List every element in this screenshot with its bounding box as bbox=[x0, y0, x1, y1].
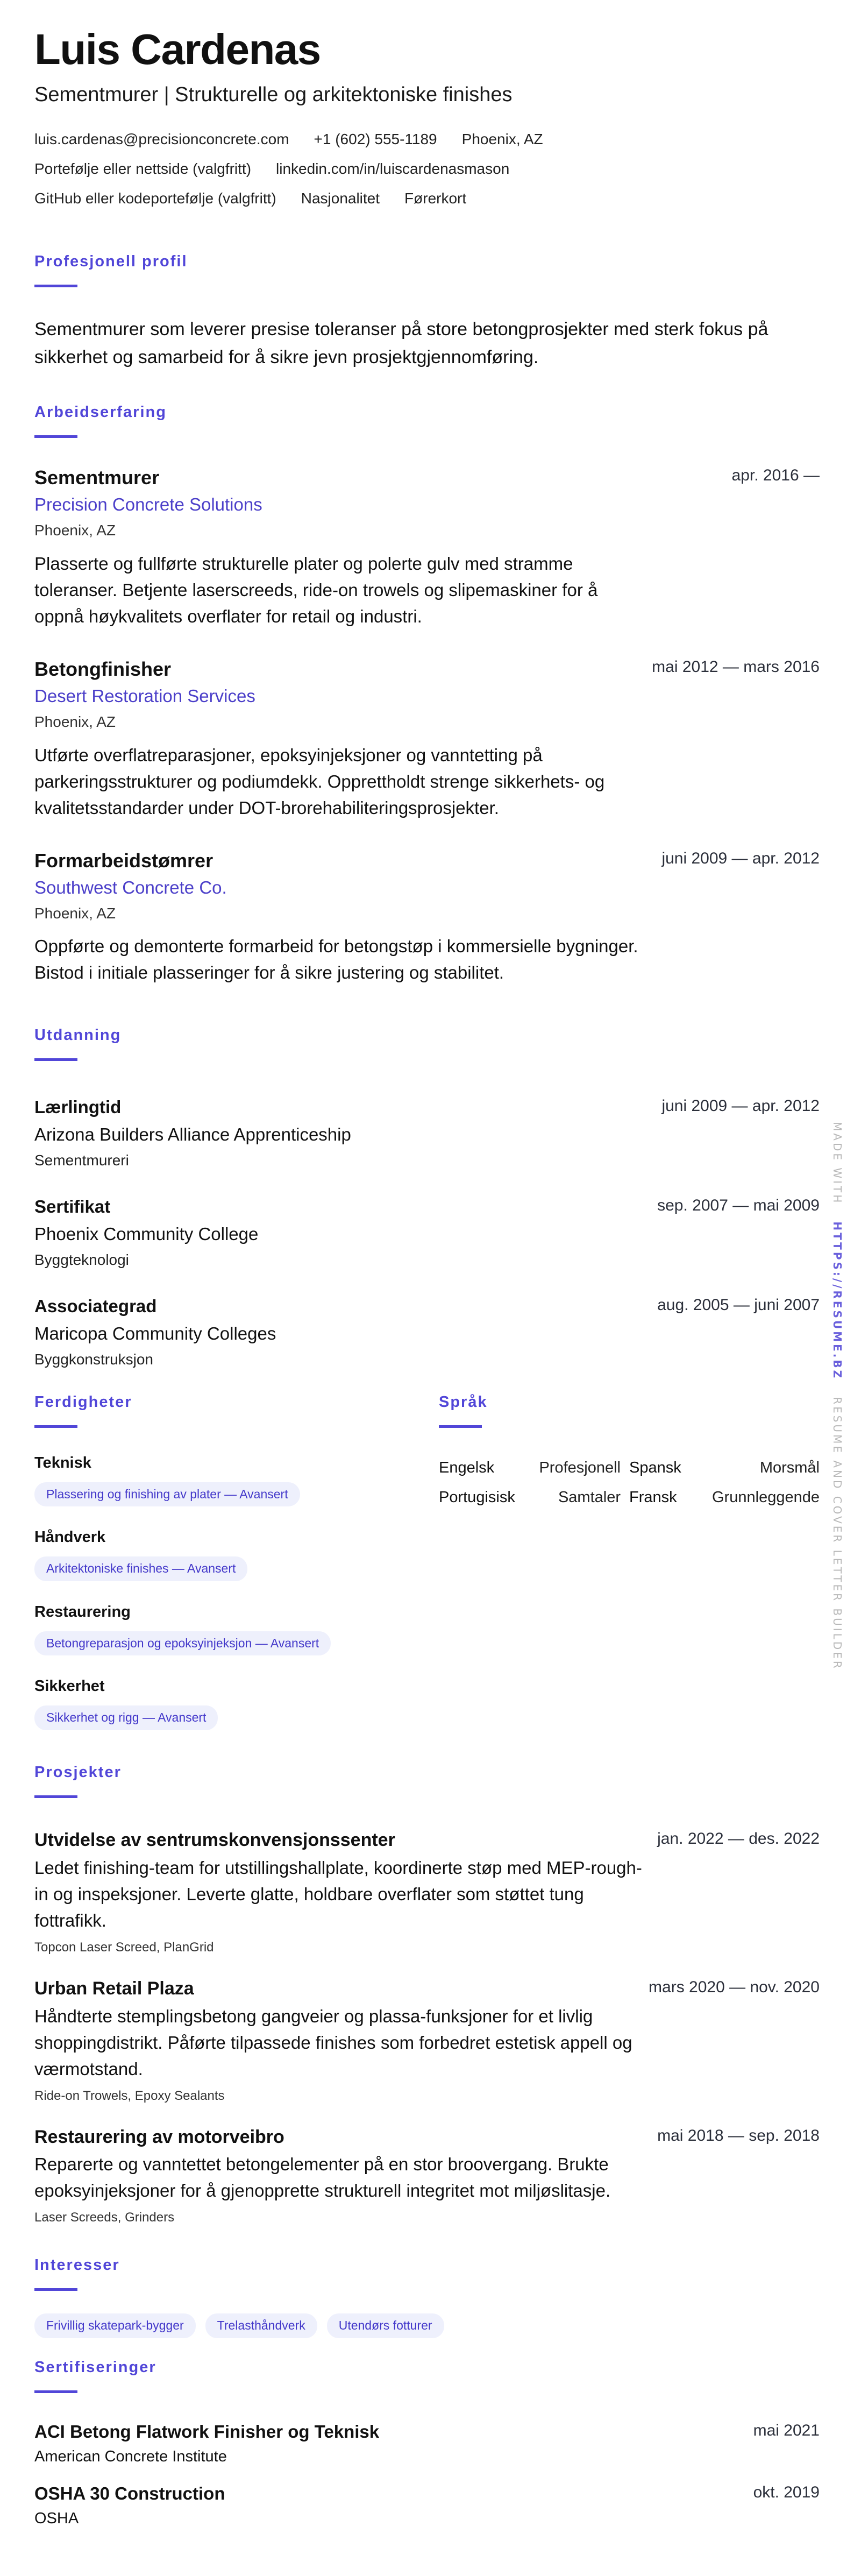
section-underline bbox=[34, 1795, 77, 1798]
project-entry: Urban Retail Plaza mars 2020 — nov. 2020… bbox=[34, 1978, 820, 2104]
job-dates: mai 2012 — mars 2016 bbox=[652, 657, 820, 677]
contact-info: luis.cardenas@precisionconcrete.com +1 (… bbox=[34, 129, 820, 218]
skill-group: Restaurering Betongreparasjon og epoksyi… bbox=[34, 1603, 411, 1655]
degree: Sertifikat bbox=[34, 1196, 110, 1218]
linkedin-link[interactable]: linkedin.com/in/luiscardenasmason bbox=[276, 159, 509, 188]
skill-chip: Plassering og finishing av plater — Avan… bbox=[34, 1482, 300, 1507]
certification-issuer: American Concrete Institute bbox=[34, 2447, 820, 2467]
interest-list: Frivillig skatepark-bygger Trelasthåndve… bbox=[34, 2313, 820, 2338]
project-entry: Restaurering av motorveibro mai 2018 — s… bbox=[34, 2126, 820, 2226]
contact-row: luis.cardenas@precisionconcrete.com +1 (… bbox=[34, 129, 820, 159]
certification-entry: ACI Betong Flatwork Finisher og Teknisk … bbox=[34, 2421, 820, 2467]
institution: Arizona Builders Alliance Apprenticeship bbox=[34, 1123, 820, 1145]
experience-entry: Betongfinisher mai 2012 — mars 2016 Dese… bbox=[34, 657, 820, 821]
skill-category: Sikkerhet bbox=[34, 1677, 411, 1696]
education-dates: juni 2009 — apr. 2012 bbox=[661, 1096, 820, 1116]
project-dates: jan. 2022 — des. 2022 bbox=[657, 1829, 820, 1849]
projects-section: Prosjekter Utvidelse av sentrumskonvensj… bbox=[34, 1765, 820, 2225]
skill-chip: Sikkerhet og rigg — Avansert bbox=[34, 1705, 218, 1730]
builder-credit: MADE WITH HTTPS://RESUME.BZ RESUME AND C… bbox=[825, 1122, 847, 1563]
section-underline bbox=[34, 2390, 77, 2393]
project-tools: Topcon Laser Screed, PlanGrid bbox=[34, 1940, 820, 1955]
contact-row: GitHub eller kodeportefølje (valgfritt) … bbox=[34, 188, 820, 218]
interests-section: Interesser Frivillig skatepark-bygger Tr… bbox=[34, 2257, 820, 2338]
skill-chip: Arkitektoniske finishes — Avansert bbox=[34, 1556, 247, 1581]
skill-category: Teknisk bbox=[34, 1454, 411, 1473]
education-dates: aug. 2005 — juni 2007 bbox=[657, 1296, 820, 1315]
credit-suffix: RESUME AND COVER LETTER BUILDER bbox=[831, 1397, 844, 1671]
skills-section: Ferdigheter Teknisk Plassering og finish… bbox=[34, 1395, 411, 1752]
contact-row: Portefølje eller nettside (valgfritt) li… bbox=[34, 159, 820, 188]
section-title: Ferdigheter bbox=[34, 1395, 411, 1410]
languages-section: Språk Engelsk Profesjonell Spansk Morsmå… bbox=[439, 1395, 820, 1506]
portfolio-link[interactable]: Portefølje eller nettside (valgfritt) bbox=[34, 159, 251, 188]
section-title: Språk bbox=[439, 1395, 820, 1410]
language-level: Grunnleggende bbox=[704, 1489, 820, 1506]
job-location: Phoenix, AZ bbox=[34, 521, 820, 540]
section-underline bbox=[34, 1058, 77, 1061]
email-link[interactable]: luis.cardenas@precisionconcrete.com bbox=[34, 129, 289, 159]
job-title: Betongfinisher bbox=[34, 657, 171, 681]
project-description: Håndterte stemplingsbetong gangveier og … bbox=[34, 2003, 642, 2082]
certification-issuer: OSHA bbox=[34, 2509, 820, 2529]
section-underline bbox=[34, 285, 77, 287]
institution: Maricopa Community Colleges bbox=[34, 1322, 820, 1344]
section-title: Sertifiseringer bbox=[34, 2360, 820, 2375]
section-underline bbox=[34, 435, 77, 438]
education-entry: Lærlingtid juni 2009 — apr. 2012 Arizona… bbox=[34, 1096, 820, 1170]
project-name: Utvidelse av sentrumskonvensjonssenter bbox=[34, 1829, 395, 1851]
job-title: Sementmurer bbox=[34, 466, 159, 489]
github-link[interactable]: GitHub eller kodeportefølje (valgfritt) bbox=[34, 188, 276, 218]
candidate-name: Luis Cardenas bbox=[34, 28, 321, 71]
certification-entry: OSHA 30 Construction okt. 2019 OSHA bbox=[34, 2483, 820, 2529]
credit-prefix: MADE WITH bbox=[831, 1122, 844, 1205]
degree: Lærlingtid bbox=[34, 1096, 121, 1118]
degree: Associategrad bbox=[34, 1296, 156, 1317]
interest-chip: Trelasthåndverk bbox=[205, 2313, 317, 2338]
project-dates: mars 2020 — nov. 2020 bbox=[649, 1978, 820, 1997]
section-underline bbox=[34, 1425, 77, 1428]
job-description: Plasserte og fullførte strukturelle plat… bbox=[34, 550, 642, 629]
section-title: Profesjonell profil bbox=[34, 254, 820, 270]
job-description: Oppførte og demonterte formarbeid for be… bbox=[34, 933, 642, 986]
project-tools: Ride-on Trowels, Epoxy Sealants bbox=[34, 2089, 820, 2104]
job-location: Phoenix, AZ bbox=[34, 712, 820, 732]
education-entry: Associategrad aug. 2005 — juni 2007 Mari… bbox=[34, 1296, 820, 1369]
certification-name: ACI Betong Flatwork Finisher og Teknisk bbox=[34, 2421, 379, 2443]
project-name: Urban Retail Plaza bbox=[34, 1978, 194, 2000]
project-description: Reparerte og vanntettet betongelementer … bbox=[34, 2151, 642, 2204]
company-name: Desert Restoration Services bbox=[34, 685, 820, 707]
experience-entry: Sementmurer apr. 2016 — Precision Concre… bbox=[34, 466, 820, 629]
field-of-study: Byggkonstruksjon bbox=[34, 1350, 820, 1369]
language-level: Morsmål bbox=[704, 1459, 820, 1477]
job-description: Utførte overflatreparasjoner, epoksyinje… bbox=[34, 742, 642, 821]
company-name: Precision Concrete Solutions bbox=[34, 493, 820, 515]
company-name: Southwest Concrete Co. bbox=[34, 876, 820, 898]
skill-group: Håndverk Arkitektoniske finishes — Avans… bbox=[34, 1528, 411, 1581]
phone-link[interactable]: +1 (602) 555-1189 bbox=[314, 129, 437, 159]
job-dates: apr. 2016 — bbox=[732, 466, 820, 485]
language-list: Engelsk Profesjonell Spansk Morsmål Port… bbox=[439, 1459, 820, 1506]
project-dates: mai 2018 — sep. 2018 bbox=[657, 2126, 820, 2146]
credit-link[interactable]: HTTPS://RESUME.BZ bbox=[831, 1221, 844, 1380]
job-title: Formarbeidstømrer bbox=[34, 849, 213, 872]
section-title: Utdanning bbox=[34, 1028, 820, 1043]
language-level: Samtaler bbox=[524, 1489, 621, 1506]
certification-date: mai 2021 bbox=[753, 2421, 820, 2440]
experience-section: Arbeidserfaring Sementmurer apr. 2016 — … bbox=[34, 405, 820, 986]
field-of-study: Sementmureri bbox=[34, 1151, 820, 1170]
headline: Sementmurer | Strukturelle og arkitekton… bbox=[34, 84, 512, 107]
project-tools: Laser Screeds, Grinders bbox=[34, 2210, 820, 2225]
section-title: Arbeidserfaring bbox=[34, 405, 820, 420]
project-entry: Utvidelse av sentrumskonvensjonssenter j… bbox=[34, 1829, 820, 1955]
drivers-license: Førerkort bbox=[404, 188, 466, 218]
project-name: Restaurering av motorveibro bbox=[34, 2126, 284, 2148]
experience-entry: Formarbeidstømrer juni 2009 — apr. 2012 … bbox=[34, 849, 820, 986]
skill-group: Sikkerhet Sikkerhet og rigg — Avansert bbox=[34, 1677, 411, 1730]
location: Phoenix, AZ bbox=[462, 129, 543, 159]
profile-section: Profesjonell profil Sementmurer som leve… bbox=[34, 254, 820, 371]
job-dates: juni 2009 — apr. 2012 bbox=[661, 849, 820, 868]
skill-category: Håndverk bbox=[34, 1528, 411, 1547]
field-of-study: Byggteknologi bbox=[34, 1250, 820, 1270]
skill-category: Restaurering bbox=[34, 1603, 411, 1622]
job-location: Phoenix, AZ bbox=[34, 904, 820, 923]
profile-summary: Sementmurer som leverer presise tolerans… bbox=[34, 315, 809, 371]
education-entry: Sertifikat sep. 2007 — mai 2009 Phoenix … bbox=[34, 1196, 820, 1270]
language-name: Spansk bbox=[625, 1459, 700, 1477]
certifications-section: Sertifiseringer ACI Betong Flatwork Fini… bbox=[34, 2360, 820, 2529]
education-section: Utdanning Lærlingtid juni 2009 — apr. 20… bbox=[34, 1028, 820, 1370]
language-name: Engelsk bbox=[439, 1459, 519, 1477]
skill-chip: Betongreparasjon og epoksyinjeksjon — Av… bbox=[34, 1631, 331, 1656]
skill-group: Teknisk Plassering og finishing av plate… bbox=[34, 1454, 411, 1506]
interest-chip: Utendørs fotturer bbox=[327, 2313, 444, 2338]
certification-date: okt. 2019 bbox=[753, 2483, 820, 2502]
section-title: Prosjekter bbox=[34, 1765, 820, 1780]
language-name: Fransk bbox=[625, 1489, 700, 1506]
language-level: Profesjonell bbox=[524, 1459, 621, 1477]
language-name: Portugisisk bbox=[439, 1489, 519, 1506]
nationality: Nasjonalitet bbox=[301, 188, 380, 218]
section-underline bbox=[439, 1425, 482, 1428]
institution: Phoenix Community College bbox=[34, 1223, 820, 1245]
section-underline bbox=[34, 2288, 77, 2291]
project-description: Ledet finishing-team for utstillingshall… bbox=[34, 1855, 642, 1934]
interest-chip: Frivillig skatepark-bygger bbox=[34, 2313, 196, 2338]
certification-name: OSHA 30 Construction bbox=[34, 2483, 225, 2504]
education-dates: sep. 2007 — mai 2009 bbox=[657, 1196, 820, 1215]
section-title: Interesser bbox=[34, 2257, 820, 2273]
